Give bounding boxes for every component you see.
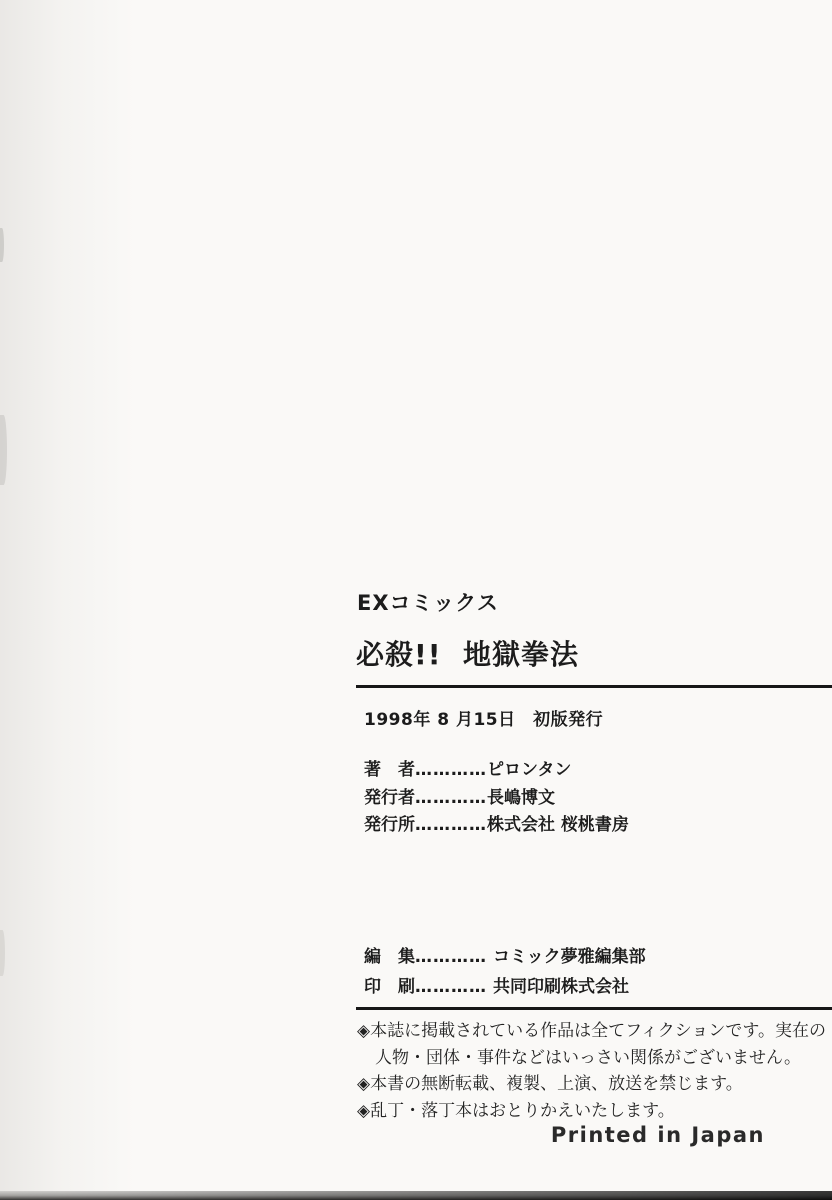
credit-leader: ………… bbox=[415, 815, 487, 835]
scan-edge-smudge bbox=[0, 415, 7, 485]
credits-list: 著 者…………ピロンタン 発行者…………長嶋博文 発行所…………株式会社 桜桃書… bbox=[364, 760, 629, 843]
credit-label: 発行所 bbox=[364, 815, 415, 835]
colophon-page: EXコミックス 必殺!! 地獄拳法 1998年 8 月15日 初版発行 著 者…… bbox=[0, 0, 832, 1200]
production-row-editing: 編 集…………コミック夢雅編集部 bbox=[364, 946, 646, 976]
notice-item-fiction: ◈本誌に掲載されている作品は全てフィクションです。実在の 人物・団体・事件などは… bbox=[357, 1018, 832, 1071]
notice-text: 本誌に掲載されている作品は全てフィクションです。実在の bbox=[370, 1021, 826, 1041]
credit-value: 長嶋博文 bbox=[487, 788, 555, 808]
credit-label: 著 者 bbox=[364, 760, 415, 780]
credit-value: ピロンタン bbox=[487, 760, 571, 780]
diamond-bullet-icon: ◈ bbox=[357, 1101, 370, 1121]
notice-text: 乱丁・落丁本はおとりかえいたします。 bbox=[370, 1101, 675, 1121]
production-label: 印 刷 bbox=[364, 977, 415, 997]
diamond-bullet-icon: ◈ bbox=[357, 1021, 370, 1041]
scan-edge-smudge bbox=[0, 930, 5, 976]
credit-leader: ………… bbox=[415, 788, 487, 808]
credit-value: 株式会社 桜桃書房 bbox=[487, 815, 629, 835]
production-label: 編 集 bbox=[364, 947, 415, 967]
notice-line: ◈乱丁・落丁本はおとりかえいたします。 bbox=[357, 1098, 832, 1125]
notice-item-replacement: ◈乱丁・落丁本はおとりかえいたします。 bbox=[357, 1098, 832, 1125]
production-leader: ………… bbox=[415, 977, 487, 997]
notice-text: 人物・団体・事件などはいっさい関係がございません。 bbox=[375, 1048, 801, 1068]
credit-row-publisher-company: 発行所…………株式会社 桜桃書房 bbox=[364, 815, 629, 843]
notice-line: ◈本書の無断転載、複製、上演、放送を禁じます。 bbox=[357, 1071, 832, 1098]
scan-edge-smudge bbox=[0, 228, 4, 262]
production-leader: ………… bbox=[415, 947, 487, 967]
divider-top bbox=[356, 685, 832, 688]
book-title: 必殺!! 地獄拳法 bbox=[356, 633, 579, 673]
series-label: EXコミックス bbox=[357, 587, 499, 617]
scan-bottom-edge bbox=[0, 1191, 832, 1200]
notice-line: ◈本誌に掲載されている作品は全てフィクションです。実在の bbox=[357, 1018, 832, 1045]
credit-row-publisher-person: 発行者…………長嶋博文 bbox=[364, 788, 629, 816]
printed-in-japan: Printed in Japan bbox=[551, 1123, 765, 1147]
scan-gutter-shadow bbox=[0, 0, 135, 1200]
production-value: コミック夢雅編集部 bbox=[493, 947, 646, 967]
credit-label: 発行者 bbox=[364, 788, 415, 808]
diamond-bullet-icon: ◈ bbox=[357, 1074, 370, 1094]
production-row-printing: 印 刷…………共同印刷株式会社 bbox=[364, 976, 646, 1006]
notice-line: 人物・団体・事件などはいっさい関係がございません。 bbox=[357, 1045, 832, 1072]
notice-item-copyright: ◈本書の無断転載、複製、上演、放送を禁じます。 bbox=[357, 1071, 832, 1098]
production-list: 編 集…………コミック夢雅編集部 印 刷…………共同印刷株式会社 bbox=[364, 946, 646, 1005]
credit-row-author: 著 者…………ピロンタン bbox=[364, 760, 629, 788]
notices-list: ◈本誌に掲載されている作品は全てフィクションです。実在の 人物・団体・事件などは… bbox=[357, 1018, 832, 1124]
credit-leader: ………… bbox=[415, 760, 487, 780]
publication-date: 1998年 8 月15日 初版発行 bbox=[364, 705, 603, 730]
production-value: 共同印刷株式会社 bbox=[493, 977, 629, 997]
divider-bottom bbox=[356, 1007, 832, 1010]
notice-text: 本書の無断転載、複製、上演、放送を禁じます。 bbox=[370, 1074, 743, 1094]
